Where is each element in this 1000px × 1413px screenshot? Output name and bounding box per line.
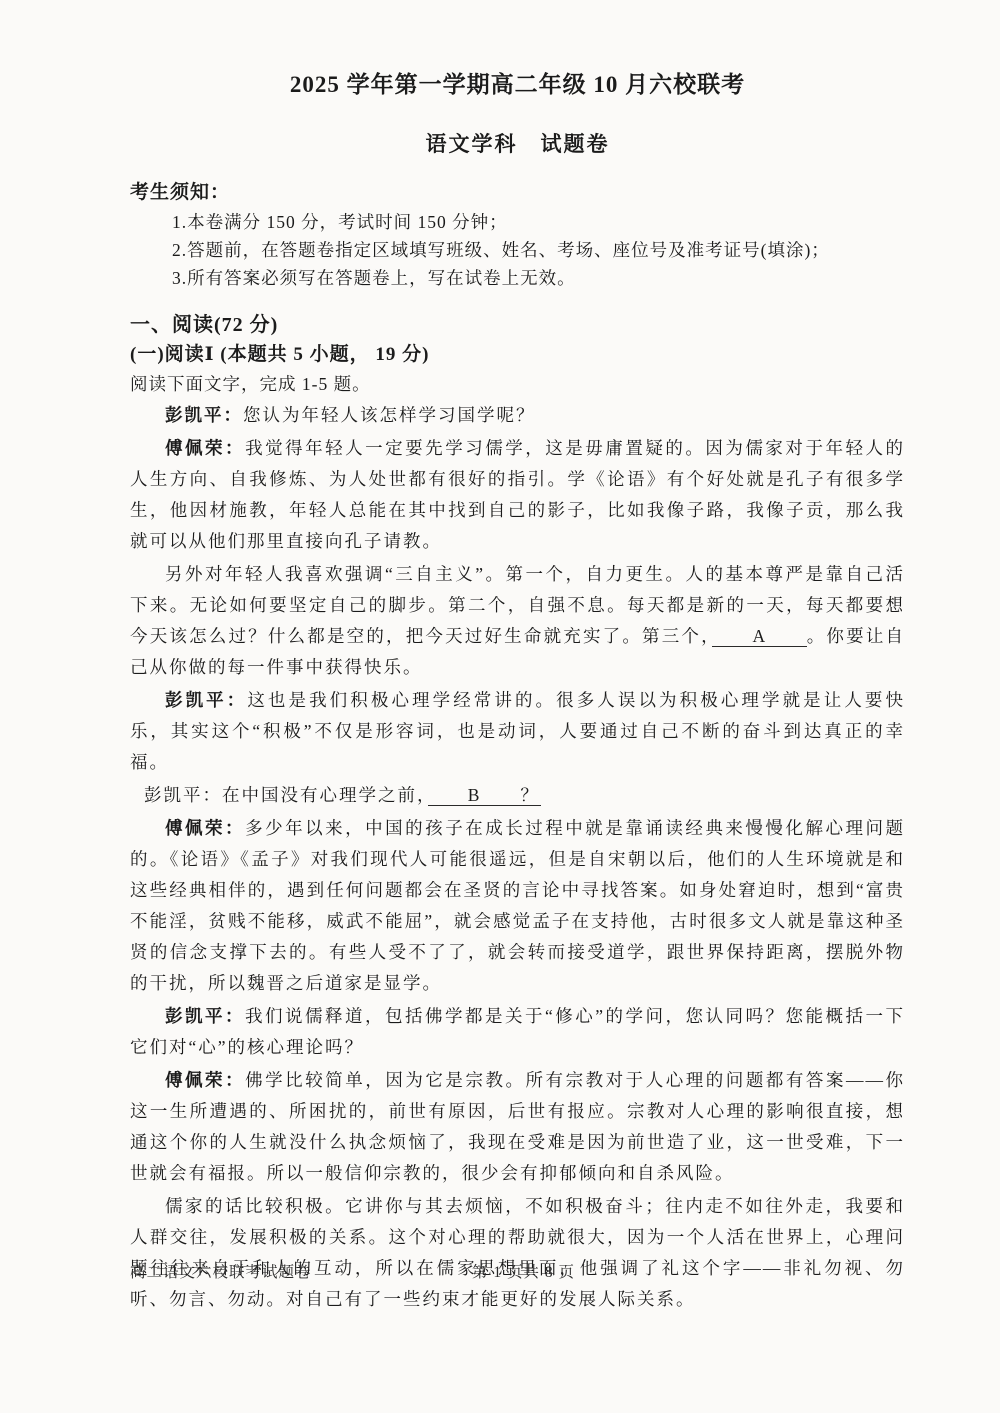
dialogue-para-4: 彭凯平：这也是我们积极心理学经常讲的。很多人误以为积极心理学就是让人要快乐，其实… <box>130 685 905 778</box>
dialogue-text: 您认为年轻人该怎样学习国学呢？ <box>243 405 536 425</box>
fill-blank-a: A <box>712 626 807 647</box>
dialogue-text: 多少年以来，中国的孩子在成长过程中就是靠诵读经典来慢慢化解心理问题的。《论语》《… <box>130 818 905 993</box>
dialogue-text: 我觉得年轻人一定要先学习儒学，这是毋庸置疑的。因为儒家对于年轻人的人生方向、自我… <box>130 438 905 551</box>
speaker-name: 傅佩荣： <box>165 818 245 838</box>
section-subheading: (一)阅读Ⅰ (本题共 5 小题， 19 分) <box>130 340 905 370</box>
speaker-name: 彭凯平： <box>165 690 247 710</box>
section-heading: 一、阅读(72 分) <box>130 310 905 340</box>
dialogue-para-7: 彭凯平：我们说儒释道，包括佛学都是关于“修心”的学问，您认同吗？您能概括一下它们… <box>130 1001 905 1063</box>
dialogue-para-3: 另外对年轻人我喜欢强调“三自主义”。第一个，自力更生。人的基本尊严是靠自己活下来… <box>130 559 905 683</box>
dialogue-para-2: 傅佩荣：我觉得年轻人一定要先学习儒学，这是毋庸置疑的。因为儒家对于年轻人的人生方… <box>130 433 905 557</box>
dialogue-text: 我们说儒释道，包括佛学都是关于“修心”的学问，您认同吗？您能概括一下它们对“心”… <box>130 1006 905 1057</box>
dialogue-para-5: 彭凯平：在中国没有心理学之前， B ？ <box>130 780 905 811</box>
footer-doc-label: 高二语文六校联考试题卷 <box>130 1264 312 1281</box>
dialogue-para-1: 彭凯平：您认为年轻人该怎样学习国学呢？ <box>130 400 905 431</box>
exam-page: 2025 学年第一学期高二年级 10 月六校联考 语文学科 试题卷 考生须知： … <box>0 0 1000 1413</box>
dialogue-text: 佛学比较简单，因为它是宗教。所有宗教对于人心理的问题都有答案——你这一生所遭遇的… <box>130 1070 905 1183</box>
page-title: 2025 学年第一学期高二年级 10 月六校联考 <box>130 70 905 100</box>
page-footer: 高二语文六校联考试题卷 第 1 页共 8 页 <box>130 1260 905 1282</box>
section-instruction: 阅读下面文字，完成 1-5 题。 <box>130 370 905 398</box>
dialogue-text: 这也是我们积极心理学经常讲的。很多人误以为积极心理学就是让人要快乐，其实这个“积… <box>130 690 905 772</box>
dialogue-para-9: 儒家的话比较积极。它讲你与其去烦恼，不如积极奋斗；往内走不如往外走，我要和人群交… <box>130 1191 905 1315</box>
notice-heading: 考生须知： <box>130 178 905 208</box>
speaker-name: 傅佩荣： <box>165 438 245 458</box>
page-subtitle: 语文学科 试题卷 <box>130 130 905 158</box>
speaker-name: 傅佩荣： <box>165 1070 245 1090</box>
notice-item-3: 3.所有答案必须写在答题卷上，写在试卷上无效。 <box>130 264 905 292</box>
dialogue-para-8: 傅佩荣：佛学比较简单，因为它是宗教。所有宗教对于人心理的问题都有答案——你这一生… <box>130 1065 905 1189</box>
notice-item-1: 1.本卷满分 150 分，考试时间 150 分钟； <box>130 208 905 236</box>
footer-page-number: 第 1 页共 8 页 <box>472 1260 575 1282</box>
notice-section: 考生须知： 1.本卷满分 150 分，考试时间 150 分钟； 2.答题前，在答… <box>130 178 905 292</box>
speaker-name: 彭凯平： <box>165 405 243 425</box>
dialogue-text: 彭凯平：在中国没有心理学之前， <box>144 785 428 805</box>
speaker-name: 彭凯平： <box>165 1006 245 1026</box>
dialogue-text: 儒家的话比较积极。它讲你与其去烦恼，不如积极奋斗；往内走不如往外走，我要和人群交… <box>130 1196 905 1309</box>
dialogue-para-6: 傅佩荣：多少年以来，中国的孩子在成长过程中就是靠诵读经典来慢慢化解心理问题的。《… <box>130 813 905 999</box>
fill-blank-b: B ？ <box>428 785 541 806</box>
notice-item-2: 2.答题前，在答题卷指定区域填写班级、姓名、考场、座位号及准考证号(填涂)； <box>130 236 905 264</box>
